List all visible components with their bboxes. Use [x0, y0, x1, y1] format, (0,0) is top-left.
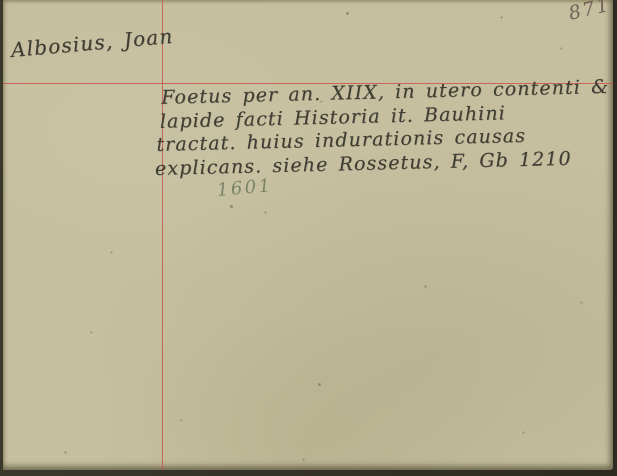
catalog-card: Albosius, Joan 871 Foetus per an. XIIX, …	[3, 0, 613, 470]
scanned-page: Albosius, Joan 871 Foetus per an. XIIX, …	[0, 0, 617, 476]
entry-text: Foetus per an. XIIX, in utero contenti &…	[153, 76, 617, 181]
year-note: 1601	[216, 175, 273, 201]
paper-specks	[3, 0, 4, 1]
author-heading: Albosius, Joan	[10, 24, 174, 62]
vertical-rule	[162, 0, 163, 470]
catalog-number: 871	[567, 0, 613, 25]
